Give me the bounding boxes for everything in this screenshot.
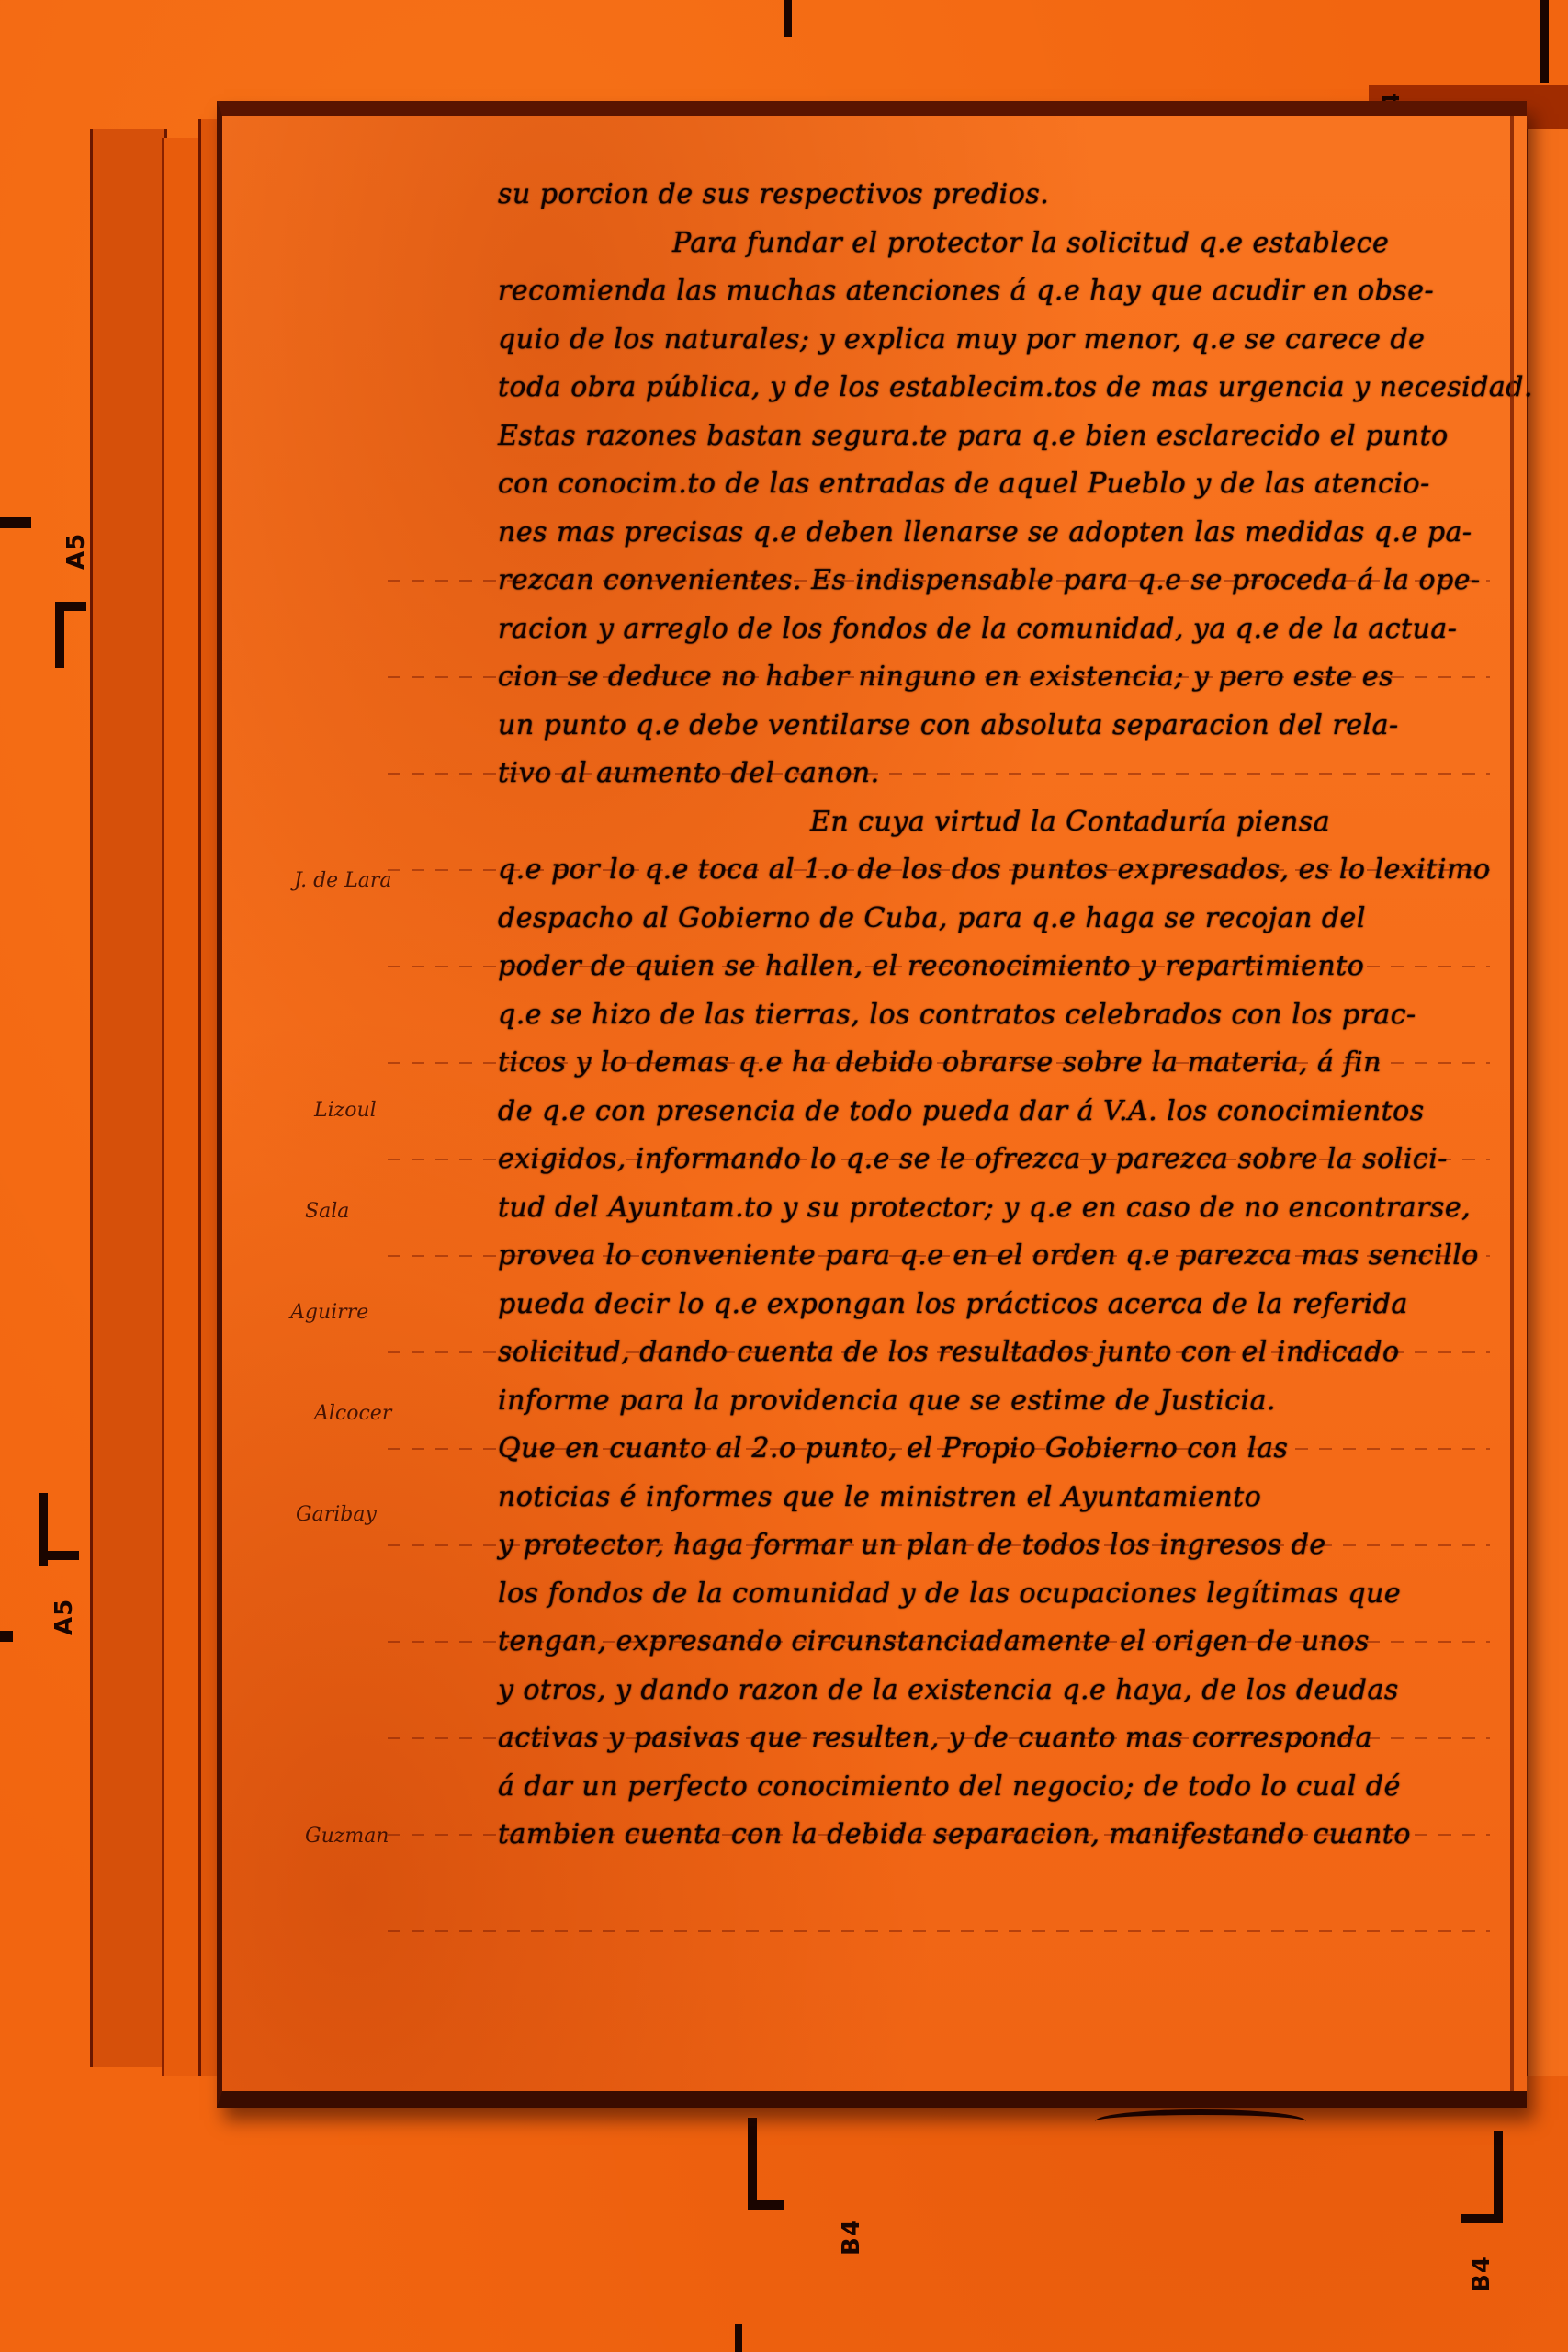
- manuscript-line: q.e se hizo de las tierras, los contrato…: [498, 991, 1508, 1040]
- manuscript-line: tengan, expresando circunstanciadamente …: [498, 1618, 1508, 1667]
- manuscript-line: solicitud, dando cuenta de los resultado…: [498, 1329, 1508, 1377]
- registration-mark-bottom-right-h: [1461, 2214, 1501, 2223]
- manuscript-line: Que en cuanto al 2.o punto, el Propio Go…: [498, 1425, 1508, 1474]
- registration-mark-left-bottom-tick: [0, 1631, 13, 1642]
- manuscript-line: En cuya virtud la Contaduría piensa: [498, 798, 1508, 847]
- manuscript-line: quio de los naturales; y explica muy por…: [498, 316, 1508, 365]
- bleed-through-line: [388, 1930, 1490, 1932]
- book-spine-outer: [90, 129, 167, 2067]
- manuscript-line: Para fundar el protector la solicitud q.…: [498, 220, 1508, 268]
- manuscript-line: activas y pasivas que resulten, y de cua…: [498, 1714, 1508, 1763]
- margin-note: Guzman: [305, 1825, 389, 1848]
- registration-mark-bottom-right-v: [1494, 2131, 1503, 2223]
- manuscript-line: su porcion de sus respectivos predios.: [498, 171, 1508, 220]
- manuscript-line: tambien cuenta con la debida separacion,…: [498, 1811, 1508, 1860]
- manuscript-line: tivo al aumento del canon.: [498, 750, 1508, 798]
- manuscript-line: rezcan convenientes. Es indispensable pa…: [498, 557, 1508, 605]
- registration-mark-bottom-left-h: [748, 2200, 784, 2210]
- manuscript-line: poder de quien se hallen, el reconocimie…: [498, 943, 1508, 991]
- manuscript-line: á dar un perfecto conocimiento del negoc…: [498, 1763, 1508, 1812]
- manuscript-line: cion se deduce no haber ninguno en exist…: [498, 653, 1508, 702]
- registration-label-left-bottom: A5: [51, 1599, 78, 1635]
- book-spine-middle: [162, 138, 203, 2076]
- margin-note: Lizoul: [314, 1099, 377, 1122]
- manuscript-line: ticos y lo demas q.e ha debido obrarse s…: [498, 1039, 1508, 1088]
- manuscript-line: y otros, y dando razon de la existencia …: [498, 1667, 1508, 1715]
- manuscript-line: Estas razones bastan segura.te para q.e …: [498, 413, 1508, 461]
- margin-note: Aguirre: [290, 1301, 368, 1324]
- closing-flourish: [1095, 2109, 1306, 2133]
- manuscript-line: racion y arreglo de los fondos de la com…: [498, 605, 1508, 654]
- manuscript-line: recomienda las muchas atenciones á q.e h…: [498, 267, 1508, 316]
- manuscript-line: con conocim.to de las entradas de aquel …: [498, 460, 1508, 509]
- registration-label-left-top: A5: [62, 533, 90, 570]
- registration-mark-left-bottom-bracket-h: [39, 1551, 79, 1560]
- manuscript-line: y protector, haga formar un plan de todo…: [498, 1521, 1508, 1570]
- registration-mark-bottom-left-v: [748, 2118, 757, 2210]
- manuscript-line: informe para la providencia que se estim…: [498, 1377, 1508, 1426]
- manuscript-line: q.e por lo q.e toca al 1.o de los dos pu…: [498, 846, 1508, 895]
- registration-mark-left-top-bracket-v: [55, 602, 64, 668]
- registration-mark-bottom-left-tick: [735, 2324, 742, 2352]
- registration-label-bottom-left: B4: [838, 2219, 865, 2256]
- manuscript-line: un punto q.e debe ventilarse con absolut…: [498, 702, 1508, 751]
- registration-label-bottom-right: B4: [1468, 2256, 1495, 2292]
- manuscript-line: de q.e con presencia de todo pueda dar á…: [498, 1088, 1508, 1136]
- manuscript-line: toda obra pública, y de los establecim.t…: [498, 364, 1508, 413]
- manuscript-line: despacho al Gobierno de Cuba, para q.e h…: [498, 895, 1508, 944]
- manuscript-line: nes mas precisas q.e deben llenarse se a…: [498, 509, 1508, 558]
- manuscript-line: provea lo conveniente para q.e en el ord…: [498, 1232, 1508, 1281]
- registration-mark-left-top-tick: [0, 517, 31, 528]
- manuscript-page: J. de Lara Lizoul Sala Aguirre Alcocer G…: [217, 101, 1527, 2108]
- manuscript-line: exigidos, informando lo q.e se le ofrezc…: [498, 1136, 1508, 1184]
- adjacent-page-edge: [1525, 129, 1568, 2076]
- margin-note: Sala: [305, 1200, 349, 1223]
- manuscript-line: los fondos de la comunidad y de las ocup…: [498, 1570, 1508, 1619]
- manuscript-line: tud del Ayuntam.to y su protector; y q.e…: [498, 1184, 1508, 1233]
- margin-note: Garibay: [296, 1503, 377, 1526]
- manuscript-line: noticias é informes que le ministren el …: [498, 1474, 1508, 1522]
- manuscript-text: su porcion de sus respectivos predios. P…: [498, 171, 1508, 1860]
- manuscript-line: pueda decir lo q.e expongan los práctico…: [498, 1281, 1508, 1329]
- margin-note: J. de Lara: [294, 869, 392, 892]
- margin-note: Alcocer: [314, 1402, 391, 1425]
- registration-mark-top-v: [784, 0, 792, 37]
- registration-mark-top-right-v: [1540, 0, 1549, 83]
- registration-mark-left-top-bracket-h: [55, 602, 86, 611]
